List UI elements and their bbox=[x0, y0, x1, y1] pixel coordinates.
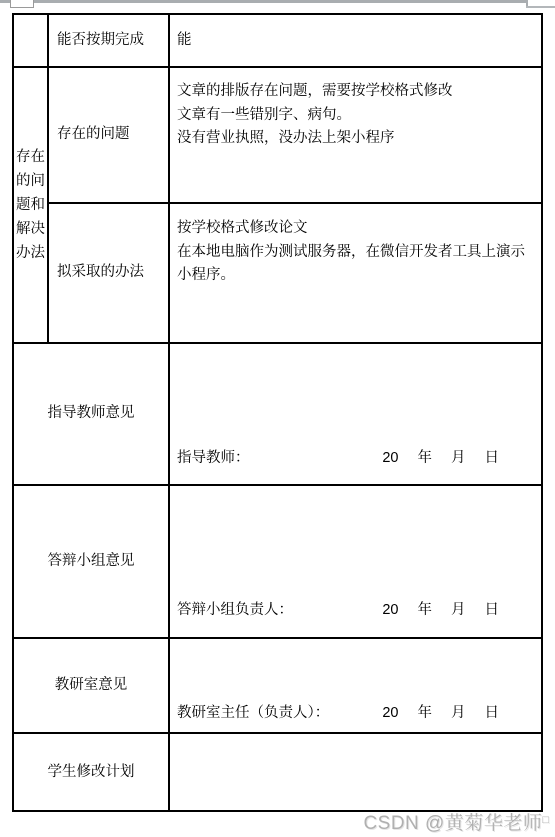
schedule-value-cell[interactable]: 能 bbox=[170, 15, 543, 66]
teaching-office-opinion-cell[interactable]: 教研室主任（负责人）： 20 年 月 日 bbox=[170, 639, 543, 732]
date-month-char: 月 bbox=[451, 599, 466, 623]
schedule-label: 能否按期完成 bbox=[49, 15, 168, 66]
date-month-char: 月 bbox=[451, 702, 466, 726]
advisor-signature-label: 指导教师： bbox=[177, 447, 250, 471]
student-revision-plan-label: 学生修改计划 bbox=[14, 734, 168, 812]
office-signature-label: 教研室主任（负责人）： bbox=[177, 702, 329, 726]
watermark-text: CSDN @黄菊华老师 bbox=[363, 813, 542, 834]
student-revision-plan-cell[interactable] bbox=[170, 734, 543, 812]
ruler-margin-marker bbox=[10, 0, 34, 8]
office-date: 20 年 月 日 bbox=[382, 702, 499, 726]
advisor-opinion-label: 指导教师意见 bbox=[14, 344, 168, 484]
date-year-char: 年 bbox=[418, 599, 433, 623]
date-day-char: 日 bbox=[485, 447, 500, 471]
watermark-end-mark: □ bbox=[542, 814, 549, 826]
proposed-methods-label: 拟采取的办法 bbox=[49, 204, 168, 342]
date-month-char: 月 bbox=[451, 447, 466, 471]
defense-group-opinion-label: 答辩小组意见 bbox=[14, 486, 168, 637]
defense-group-opinion-cell[interactable]: 答辩小组负责人： 20 年 月 日 bbox=[170, 486, 543, 637]
date-day-char: 日 bbox=[485, 702, 500, 726]
date-year-prefix: 20 bbox=[382, 599, 398, 623]
defense-date: 20 年 月 日 bbox=[382, 599, 499, 623]
document-page: 能否按期完成 能 存在 的问 题和 解决 办法 存在的问题 文章的排版存在问题，… bbox=[0, 0, 555, 837]
date-year-prefix: 20 bbox=[382, 702, 398, 726]
ruler-line-right bbox=[526, 6, 555, 8]
date-year-char: 年 bbox=[418, 447, 433, 471]
csdn-watermark: CSDN @黄菊华老师□ bbox=[363, 808, 549, 835]
proposed-methods-content[interactable]: 按学校格式修改论文 在本地电脑作为测试服务器，在微信开发者工具上演示小程序。 bbox=[170, 204, 543, 342]
existing-problems-label: 存在的问题 bbox=[49, 68, 168, 202]
defense-signature-label: 答辩小组负责人： bbox=[177, 599, 293, 623]
date-year-char: 年 bbox=[418, 702, 433, 726]
date-day-char: 日 bbox=[485, 599, 500, 623]
existing-problems-content[interactable]: 文章的排版存在问题，需要按学校格式修改 文章有一些错别字、病句。 没有营业执照，… bbox=[170, 68, 543, 202]
problems-solutions-side-label: 存在 的问 题和 解决 办法 bbox=[14, 68, 47, 342]
date-year-prefix: 20 bbox=[382, 447, 398, 471]
advisor-date: 20 年 月 日 bbox=[382, 447, 499, 471]
ruler-line bbox=[0, 0, 527, 3]
advisor-opinion-cell[interactable]: 指导教师： 20 年 月 日 bbox=[170, 344, 543, 484]
teaching-office-opinion-label: 教研室意见 bbox=[14, 639, 168, 732]
